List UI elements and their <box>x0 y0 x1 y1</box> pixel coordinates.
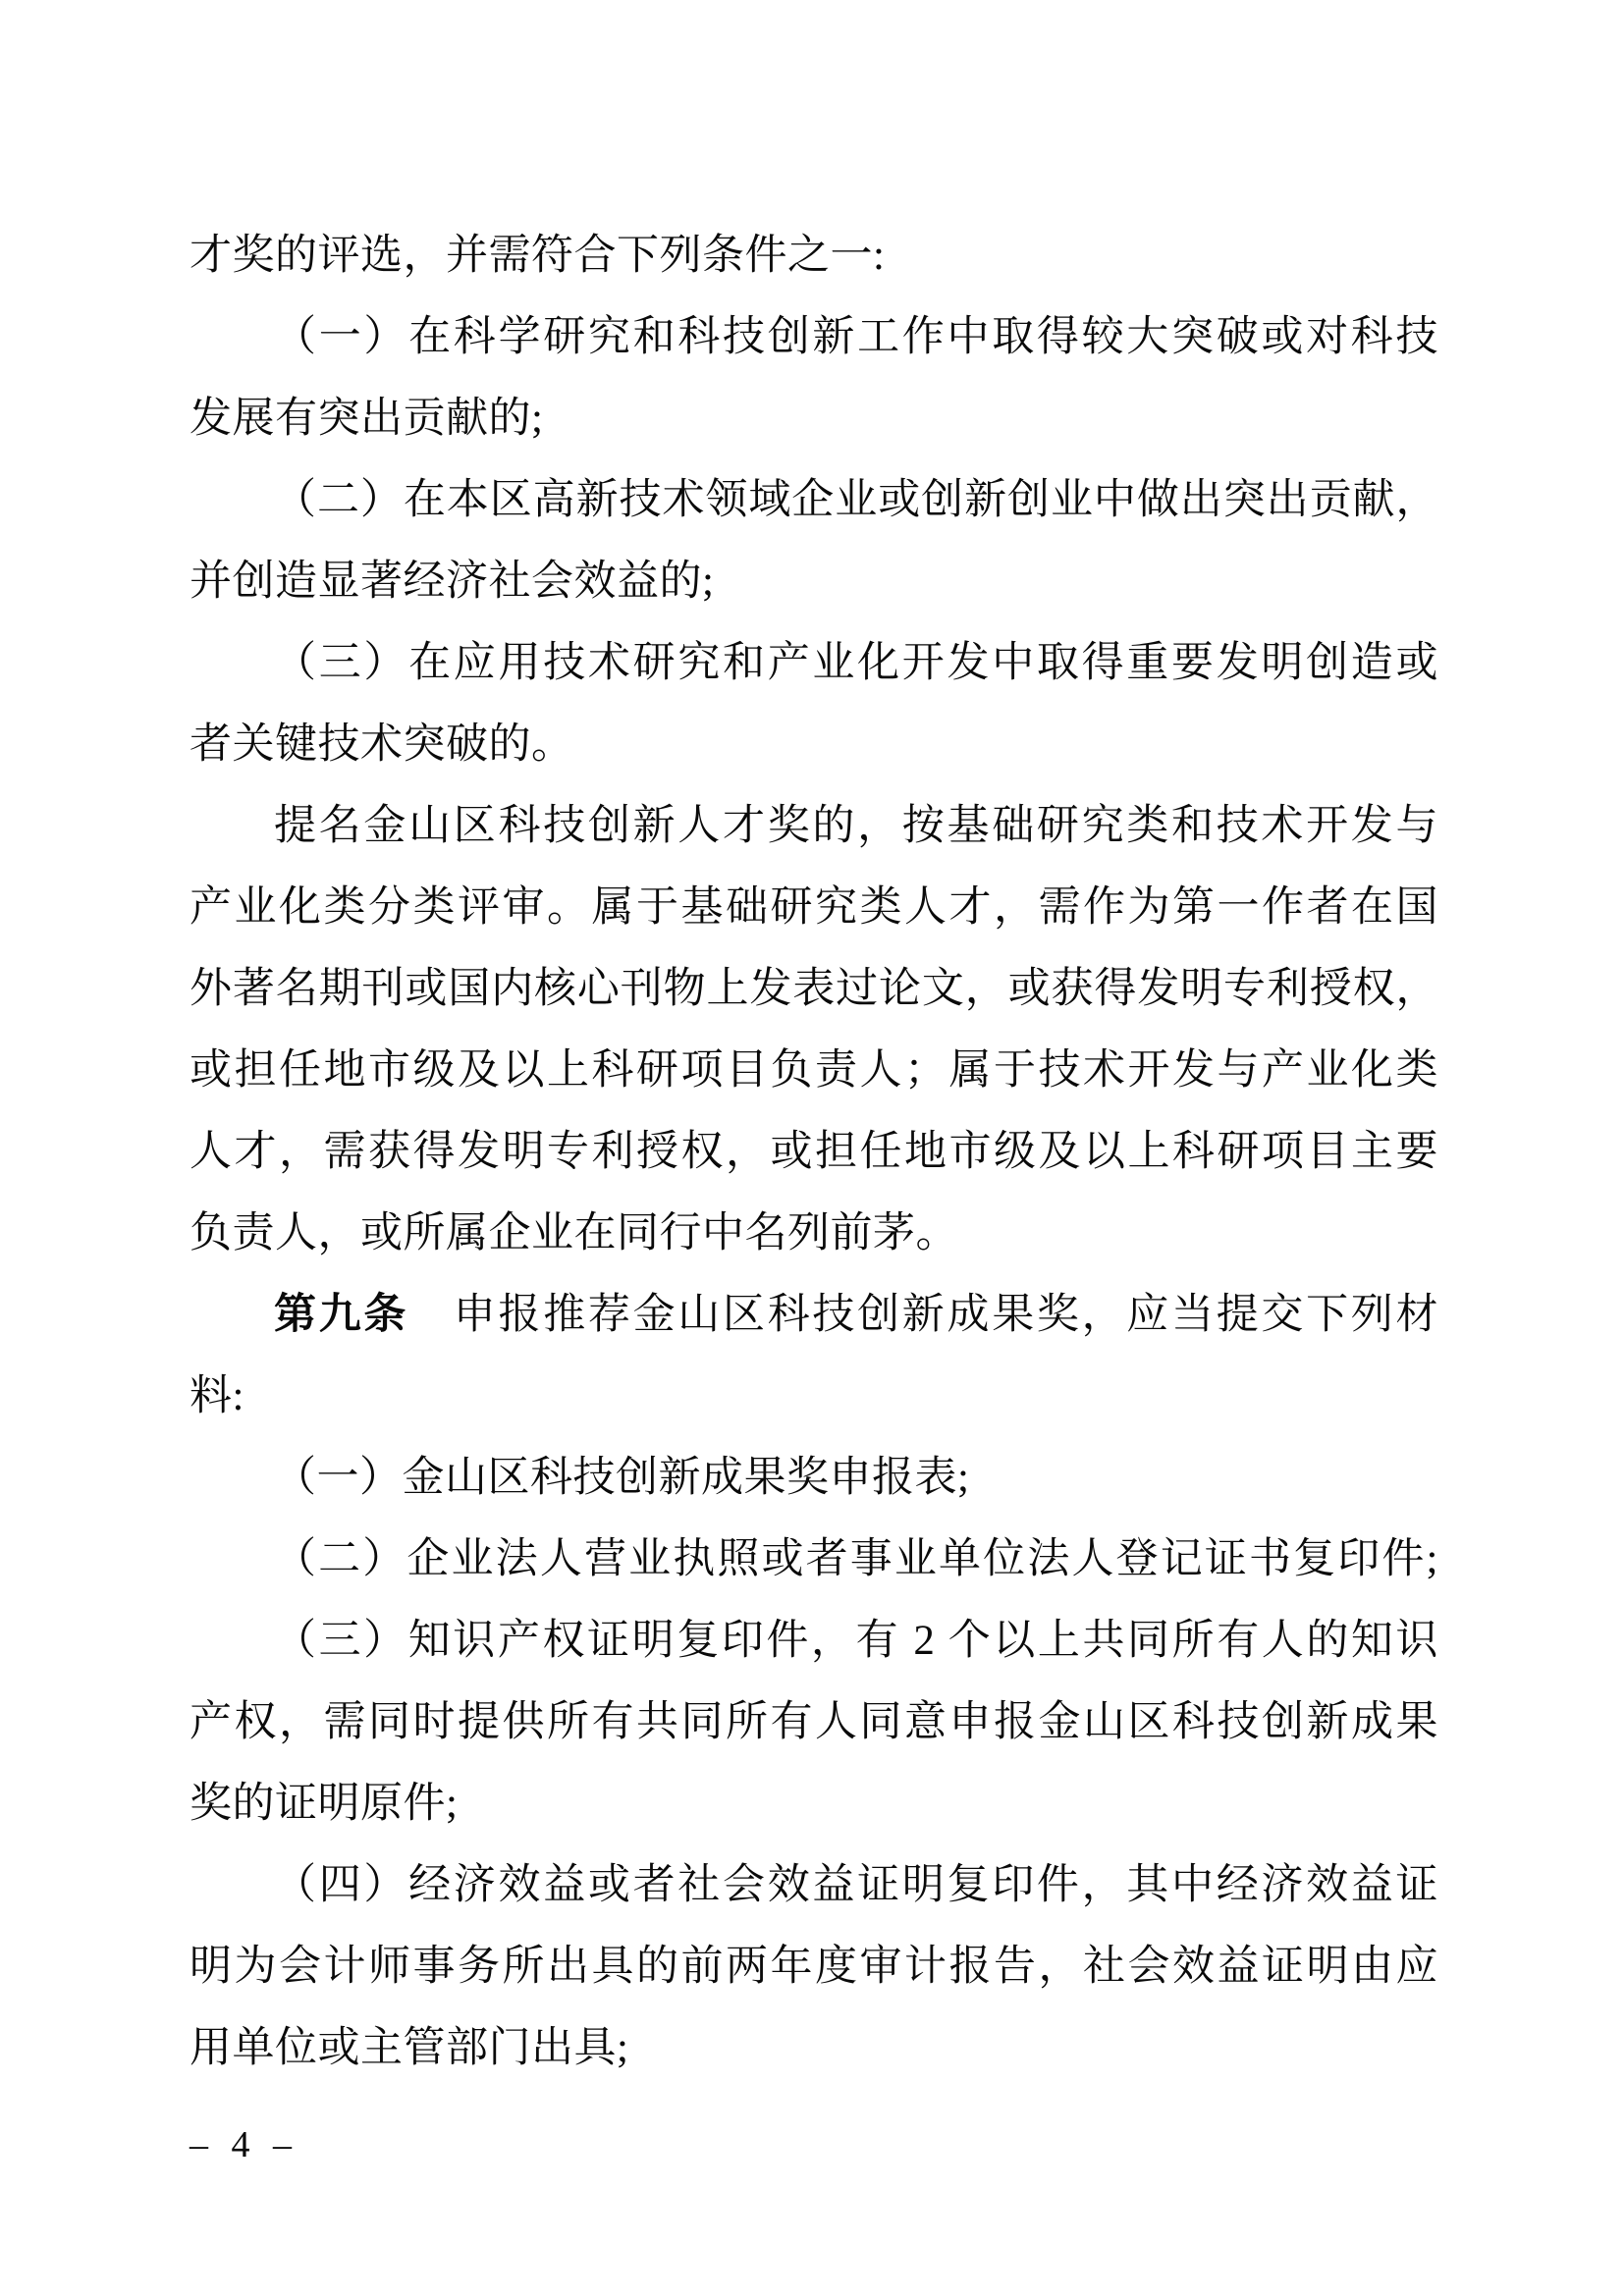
text-line: 者关键技术突破的。 <box>189 704 1438 785</box>
text-line: 提名金山区科技创新人才奖的，按基础研究类和技术开发与 <box>189 785 1438 867</box>
text-line: 人才，需获得发明专利授权，或担任地市级及以上科研项目主要 <box>189 1111 1438 1193</box>
line-text: （三）在应用技术研究和产业化开发中取得重要发明创造或 <box>274 640 1438 686</box>
line-text: 产业化类分类评审。属于基础研究类人才，需作为第一作者在国 <box>189 884 1438 931</box>
line-text: 料: <box>189 1373 244 1419</box>
line-text: （三）知识产权证明复印件，有 2 个以上共同所有人的知识 <box>274 1618 1438 1664</box>
line-text: 明为会计师事务所出具的前两年度审计报告，社会效益证明由应 <box>189 1944 1438 1990</box>
text-line: 并创造显著经济社会效益的; <box>189 541 1438 622</box>
text-line: 或担任地市级及以上科研项目负责人；属于技术开发与产业化类 <box>189 1030 1438 1111</box>
text-line: 发展有突出贡献的; <box>189 378 1438 459</box>
line-text: （一）在科学研究和科技创新工作中取得较大突破或对科技 <box>274 314 1438 360</box>
text-line: 负责人，或所属企业在同行中名列前茅。 <box>189 1193 1438 1274</box>
line-text: 提名金山区科技创新人才奖的，按基础研究类和技术开发与 <box>274 803 1438 849</box>
line-text: 人才，需获得发明专利授权，或担任地市级及以上科研项目主要 <box>189 1129 1438 1175</box>
line-text: 并创造显著经济社会效益的; <box>189 559 714 605</box>
line-text: 才奖的评选，并需符合下列条件之一: <box>189 233 885 279</box>
text-line: 用单位或主管部门出具; <box>189 2007 1438 2089</box>
document-body: 才奖的评选，并需符合下列条件之一: （一）在科学研究和科技创新工作中取得较大突破… <box>189 215 1438 2089</box>
line-text: 用单位或主管部门出具; <box>189 2025 628 2071</box>
line-text: 申报推荐金山区科技创新成果奖，应当提交下列材 <box>408 1292 1438 1338</box>
page-number: – 4 – <box>189 2122 298 2167</box>
text-line: （四）经济效益或者社会效益证明复印件，其中经济效益证 <box>189 1844 1438 1926</box>
document-page: 才奖的评选，并需符合下列条件之一: （一）在科学研究和科技创新工作中取得较大突破… <box>0 0 1624 2296</box>
text-line: （二）在本区高新技术领域企业或创新创业中做出突出贡献， <box>189 459 1438 541</box>
text-line: （三）在应用技术研究和产业化开发中取得重要发明创造或 <box>189 622 1438 704</box>
line-text: 者关键技术突破的。 <box>189 721 574 768</box>
text-line: 外著名期刊或国内核心刊物上发表过论文，或获得发明专利授权， <box>189 948 1438 1030</box>
text-line: （一）在科学研究和科技创新工作中取得较大突破或对科技 <box>189 296 1438 378</box>
text-line-article-9: 第九条 申报推荐金山区科技创新成果奖，应当提交下列材 <box>189 1274 1438 1356</box>
text-line: （一）金山区科技创新成果奖申报表; <box>189 1437 1438 1519</box>
text-line: 产权，需同时提供所有共同所有人同意申报金山区科技创新成果 <box>189 1682 1438 1763</box>
line-text: 产权，需同时提供所有共同所有人同意申报金山区科技创新成果 <box>189 1699 1438 1745</box>
line-text: （二）企业法人营业执照或者事业单位法人登记证书复印件; <box>274 1536 1438 1582</box>
text-line: 产业化类分类评审。属于基础研究类人才，需作为第一作者在国 <box>189 867 1438 948</box>
text-line: 明为会计师事务所出具的前两年度审计报告，社会效益证明由应 <box>189 1926 1438 2007</box>
line-text: （二）在本区高新技术领域企业或创新创业中做出突出贡献， <box>274 477 1438 523</box>
text-line: 才奖的评选，并需符合下列条件之一: <box>189 215 1438 296</box>
line-text: 负责人，或所属企业在同行中名列前茅。 <box>189 1210 958 1256</box>
text-line: 奖的证明原件; <box>189 1763 1438 1844</box>
text-line: 料: <box>189 1356 1438 1437</box>
text-line: （二）企业法人营业执照或者事业单位法人登记证书复印件; <box>189 1519 1438 1600</box>
line-text: 奖的证明原件; <box>189 1781 458 1827</box>
text-line: （三）知识产权证明复印件，有 2 个以上共同所有人的知识 <box>189 1600 1438 1682</box>
line-text: 发展有突出贡献的; <box>189 396 543 442</box>
line-text: （四）经济效益或者社会效益证明复印件，其中经济效益证 <box>274 1862 1438 1908</box>
line-text: 外著名期刊或国内核心刊物上发表过论文，或获得发明专利授权， <box>189 966 1438 1012</box>
line-text: （一）金山区科技创新成果奖申报表; <box>274 1455 969 1501</box>
article-number-label: 第九条 <box>274 1292 408 1338</box>
line-text: 或担任地市级及以上科研项目负责人；属于技术开发与产业化类 <box>189 1047 1438 1094</box>
